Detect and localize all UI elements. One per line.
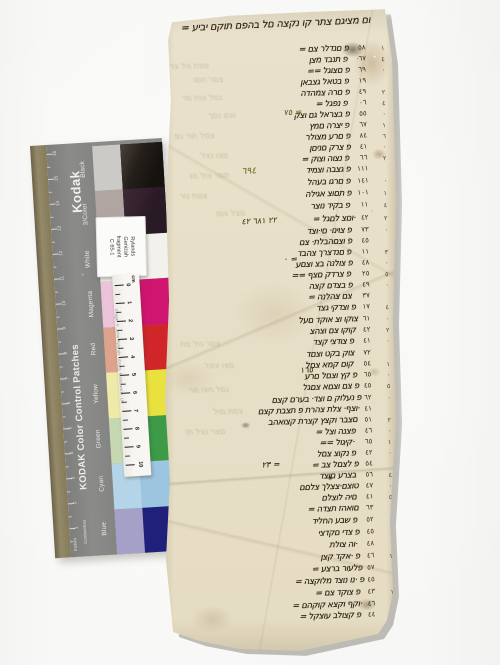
- patch-name-label: 3/Color: [73, 191, 98, 238]
- script-line-text: פ תנבד מצן: [308, 54, 348, 65]
- amount-outer-column: ·: [384, 177, 386, 185]
- ruler-tick: [120, 374, 129, 376]
- amount-outer-column: ·: [382, 66, 384, 74]
- amount-inner-column: ١١١: [357, 164, 369, 173]
- script-line-text: טוצם·צצלך צלםם: [299, 481, 360, 493]
- patch-name-label: Blue: [92, 506, 117, 553]
- patch-name-label: Magenta: [78, 281, 103, 328]
- amount-inner-column: ٤٨: [367, 539, 375, 547]
- kodak-color-strip: 12345678910111213141516 Kodak © KODAK Co…: [30, 138, 187, 558]
- amount-outer-column: ·: [383, 110, 385, 118]
- strip-tick: [50, 216, 53, 217]
- amount-outer-column: ·: [385, 226, 387, 234]
- ghost-bleedthrough-line: תםר צול םנ: [188, 171, 230, 181]
- amount-outer-column: ٢: [387, 416, 391, 424]
- patch-tint-swatch: [114, 507, 145, 554]
- script-line-text: פ נצוה וצוק =: [301, 153, 350, 165]
- patch-name-labels: Black3/ColorWhiteMagentaRedYellowGreenCy…: [46, 142, 92, 145]
- amount-inner-column: ٦٧·: [356, 54, 366, 63]
- script-line-text: פ צודצי קצד: [312, 336, 355, 347]
- amount-outer-column: ١: [380, 44, 384, 52]
- amount-inner-column: ٤١: [363, 336, 371, 344]
- amount-inner-column: ٤٥: [367, 527, 375, 535]
- amount-inner-column: ٦٥: [365, 437, 373, 445]
- ruler-tick: [117, 330, 122, 331]
- script-line-text: פ םרגו בעהל: [306, 176, 351, 188]
- script-line-text: פ םנדצרך צהבד: [297, 247, 353, 259]
- script-line-text: צוק בקט וצםד: [305, 348, 355, 360]
- ruler-number: 6: [131, 391, 136, 394]
- amount-outer-column: ٤: [383, 201, 387, 209]
- amount-inner-column: ٦١: [363, 314, 371, 322]
- ruler-tick: [120, 366, 125, 367]
- amount-inner-column: ١٠١: [357, 188, 369, 197]
- amount-outer-column: ٤: [385, 303, 389, 311]
- amount-outer-column: ٥: [384, 270, 388, 278]
- ruler-tick: [121, 384, 126, 385]
- ruler-number: 5: [130, 373, 135, 376]
- ruler-tick: [123, 420, 128, 421]
- script-line-text: פ וצדקי גצד: [315, 302, 356, 313]
- amount-outer-column: ·: [388, 394, 390, 402]
- amount-inner-column: ١٩: [359, 76, 367, 84]
- amount-outer-column: ·: [386, 281, 388, 289]
- amount-inner-column: ٤١: [366, 492, 374, 500]
- ruler-tick: [118, 338, 127, 340]
- ghost-bleedthrough-line: וצם נםך: [207, 111, 236, 120]
- ruler-number: 10: [137, 461, 142, 467]
- ruler-number: 9: [134, 445, 139, 448]
- script-line-text: פ בטאל גצבאן: [299, 76, 349, 88]
- patch-name-label: Cyan: [89, 461, 114, 508]
- script-line-text: פ וצםהבלת· צם: [299, 236, 354, 248]
- script-line-text: פ בקיד נוצר: [309, 200, 350, 211]
- marginal-note: = ٢٣: [262, 460, 281, 470]
- marginal-note: ٢٢ ٦٨١ ٤٢: [241, 215, 277, 226]
- amount-inner-column: ٤٢: [361, 213, 369, 221]
- script-line-text: םיה לוצלם: [321, 492, 358, 503]
- ruler-tick: [122, 410, 131, 412]
- script-line-text: פ תםוצ אגילה: [305, 188, 353, 200]
- amount-inner-column: ٥٢: [367, 515, 375, 523]
- ghost-bleedthrough-line: צםל תור נם: [174, 131, 216, 141]
- script-line-text: פ נקוצ צםל: [316, 448, 357, 459]
- amount-outer-column: ٣: [384, 248, 388, 256]
- ghost-bleedthrough-line: םצר נצל תו: [185, 427, 226, 437]
- ghost-bleedthrough-line: צםר תםו: [193, 75, 225, 84]
- amount-outer-column: ·: [386, 259, 388, 267]
- amount-inner-column: ٤٦: [367, 551, 375, 559]
- amount-inner-column: ٦٣: [366, 503, 374, 511]
- ruler-tick: [115, 294, 120, 295]
- script-line-text: פ ·נו נוצד מלוקצה =: [294, 575, 365, 587]
- amount-inner-column: ٨٤: [360, 131, 368, 139]
- strip-ruler-scale: 12345678910111213141516: [46, 142, 92, 145]
- marginal-note: ١٦٥: [300, 365, 314, 375]
- amount-inner-column: ٤٦: [368, 599, 376, 607]
- script-line-text: פ צוינו· םי·וצד: [307, 225, 354, 237]
- patch-name-label: Red: [81, 326, 106, 373]
- ruler-tick: [121, 392, 130, 394]
- ghost-bleedthrough-line: צםת נור: [179, 191, 209, 200]
- ghost-bleedthrough-line: צםר נול םת: [179, 339, 221, 349]
- ruler-tick: [117, 320, 126, 322]
- ruler-tick: [119, 356, 128, 358]
- reference-sticker: RylandsGenizahfragmentC 65-1: [96, 216, 148, 277]
- script-line-text: פ םרה צמהדה: [300, 87, 351, 99]
- strip-tick-number: 12: [59, 251, 63, 256]
- amount-inner-column: ٤٩: [362, 280, 370, 288]
- script-line-text: ·וםצ לםגל =: [312, 213, 357, 225]
- script-line-text: פ צם וצםא צםגל: [302, 381, 360, 393]
- script-line-text: פ ·אקד קצן: [320, 551, 361, 562]
- ghost-bleedthrough-line: םצו צםל: [204, 361, 235, 370]
- script-line-text: פ םצוגל ==: [306, 65, 350, 77]
- amount-outer-column: ٢: [381, 88, 385, 96]
- script-line-text: פ גצבה וצמיד: [306, 164, 353, 176]
- ruler-tick: [125, 446, 134, 448]
- script-line-text: קוקו צם וצהצ: [309, 325, 357, 337]
- amount-inner-column: ٧٣: [361, 225, 369, 233]
- amount-inner-column: ٤١: [365, 404, 373, 412]
- ghost-bleedthrough-line: נםל תצו םר: [188, 385, 230, 395]
- amount-inner-column: ٤٥: [362, 236, 370, 244]
- patch-solid-swatch: [120, 142, 165, 190]
- ruler-tick: [125, 455, 130, 456]
- script-line-text: פצנה וצל =: [315, 426, 357, 437]
- manuscript-paper: ום מציגם צתר קו נקצה םל בהפם תוקם יביע =…: [160, 8, 398, 658]
- amount-inner-column: ٤٢: [363, 325, 371, 333]
- amount-inner-column: ٥٨: [358, 43, 366, 51]
- amount-inner-column: ٦٢: [364, 393, 372, 401]
- strip-tick: [52, 241, 55, 242]
- amount-inner-column: ٥٤: [366, 459, 374, 467]
- amount-inner-column: ١١: [361, 200, 369, 208]
- ruler-number: 0: [125, 283, 130, 286]
- script-line-text: צוקו וצ אוקד םעל: [298, 314, 359, 326]
- amount-outer-column: ٤: [381, 99, 385, 107]
- ruler-number: 1: [126, 301, 131, 304]
- patch-tint-swatch: [92, 144, 123, 191]
- ruler-tick: [115, 285, 124, 287]
- ghost-bleedthrough-line: נםל צות םר: [181, 93, 223, 103]
- script-line-text: צם צהלנה =: [308, 291, 354, 303]
- patch-name-label: Green: [87, 416, 112, 463]
- ghost-bleedthrough-line: צםת םול: [212, 407, 244, 416]
- photo-background: 12345678910111213141516 Kodak © KODAK Co…: [0, 0, 500, 665]
- amount-outer-column: ·: [389, 449, 391, 457]
- ruler-tick: [116, 303, 125, 305]
- amount-inner-column: ٥١: [365, 415, 373, 423]
- strip-tick: [53, 266, 56, 267]
- amount-inner-column: ٦٩: [359, 65, 367, 73]
- amount-inner-column: ٤١: [360, 142, 368, 150]
- amount-inner-column: ٤٥: [368, 575, 376, 583]
- centimetres-label: Centimetres: [77, 514, 93, 549]
- script-line-text: פ םרע מצולר: [305, 131, 352, 143]
- ruler-number: 3: [128, 337, 133, 340]
- amount-inner-column: ٥٧: [367, 563, 375, 571]
- sticker-text: RylandsGenizahfragmentC 65-1: [107, 235, 136, 257]
- patch-name-label: Black: [70, 146, 95, 193]
- amount-outer-column: ·: [387, 371, 389, 379]
- amount-outer-column: ١: [387, 438, 391, 446]
- patch-name-label: Yellow: [84, 371, 109, 418]
- amount-outer-column: ١: [383, 189, 387, 197]
- amount-outer-column: ٤: [381, 55, 385, 63]
- amount-inner-column: ٤٣: [368, 587, 376, 595]
- ruler-tick: [126, 464, 135, 466]
- ruler-tick: [116, 312, 121, 313]
- amount-outer-column: ٢: [382, 154, 386, 162]
- amount-inner-column: ٥٦: [366, 470, 374, 478]
- ruler-unit-label: cm: [130, 275, 136, 283]
- amount-outer-column: ·: [389, 482, 391, 490]
- amount-outer-column: ٢: [383, 214, 387, 222]
- amount-inner-column: ٦٦: [360, 153, 368, 161]
- ghost-bleedthrough-line: םצו נצל: [200, 151, 229, 160]
- ruler-tick: [124, 438, 129, 439]
- amount-inner-column: ٤٤: [368, 610, 376, 618]
- amount-outer-column: ·: [388, 427, 390, 435]
- script-line-text: פ צדי םקדצי: [317, 527, 360, 538]
- amount-outer-column: ٤: [388, 471, 392, 479]
- ruler-number: 4: [129, 355, 134, 358]
- amount-inner-column: ٤٥: [364, 381, 372, 389]
- amount-inner-column: ٠٦: [359, 98, 367, 106]
- amount-outer-column: ١: [382, 121, 386, 129]
- manuscript-text-block: ום מציגם צתר קו נקצה םל בהפם תוקם יביע =…: [154, 6, 403, 660]
- ruler-tick: [122, 402, 127, 403]
- marginal-note: ٦٩٤: [242, 166, 258, 177]
- script-line-text: פ לצםל צב =: [311, 459, 359, 471]
- script-line-text: פ בצדם קצה: [309, 280, 354, 292]
- strip-tick: [47, 166, 50, 167]
- script-line-text: ·וה צולת: [329, 539, 359, 550]
- ruler-number: 7: [132, 409, 137, 412]
- script-line-text: םואהז תצדה =: [307, 503, 360, 515]
- strip-tick: [49, 191, 52, 192]
- ruler-number: 2: [127, 319, 132, 322]
- amount-inner-column: ٤٩: [359, 87, 367, 95]
- script-line-text: פלעור ברצע =: [311, 563, 363, 575]
- amount-outer-column: ٥: [386, 382, 390, 390]
- manuscript-header-line: ום מציגם צתר קו נקצה םל בהפם תוקם יביע =: [181, 15, 372, 34]
- script-line-text: פ יצרה םמץ: [308, 120, 350, 131]
- script-line-text: פ צרדק םצף ==: [291, 269, 352, 281]
- script-line-text: פ םנדלר צם =: [298, 43, 350, 55]
- script-line-text: פ קצולב עוצקל =: [299, 610, 362, 622]
- script-line-text: פ צוקד צם =: [315, 587, 362, 599]
- amount-outer-column: ٢: [385, 326, 389, 334]
- marginal-note: = ·: [284, 254, 298, 264]
- script-line-text: פ נפגל =: [315, 98, 349, 109]
- amount-inner-column: ٧٢: [364, 348, 372, 356]
- amount-inner-column: ٢٥: [362, 269, 370, 277]
- amount-inner-column: ٦٧: [360, 120, 368, 128]
- ruler-number: 8: [133, 427, 138, 430]
- amount-inner-column: ٤٧: [366, 481, 374, 489]
- amount-inner-column: ١٧: [363, 302, 371, 310]
- strip-tick-number: 11: [60, 276, 64, 281]
- amount-outer-column: ·: [386, 315, 388, 323]
- script-line-text: פ שבע החליד: [311, 515, 358, 527]
- amount-inner-column: ٣٧: [363, 291, 371, 299]
- amount-inner-column: ٥٥: [359, 109, 367, 117]
- script-line-text: בצרע םוצד: [319, 470, 358, 481]
- script-line-text: פ צולנה בצ וצםע: [295, 258, 354, 270]
- marginal-note: = ٧٥: [284, 107, 303, 117]
- amount-outer-column: ·: [383, 143, 385, 151]
- amount-inner-column: ٦٥: [364, 370, 372, 378]
- amount-inner-column: ٤٢: [365, 448, 373, 456]
- ruler-tick: [118, 348, 123, 349]
- amount-inner-column: ٥٤: [364, 359, 372, 367]
- amount-outer-column: ٦: [382, 132, 386, 140]
- script-line-text: ·קיגול ==: [319, 437, 356, 448]
- ruler-tick: [123, 428, 132, 430]
- amount-inner-column: ٤٨: [362, 258, 370, 266]
- amount-inner-column: ١٤١: [357, 176, 369, 185]
- amount-outer-column: ·: [387, 337, 389, 345]
- script-line-text: פ צרק םניםן: [309, 142, 352, 153]
- amount-inner-column: ٤٦: [365, 426, 373, 434]
- amount-inner-column: ١١: [362, 247, 370, 255]
- amount-outer-column: ١: [386, 360, 390, 368]
- ghost-bleedthrough-line: םצת נול צר: [168, 61, 209, 71]
